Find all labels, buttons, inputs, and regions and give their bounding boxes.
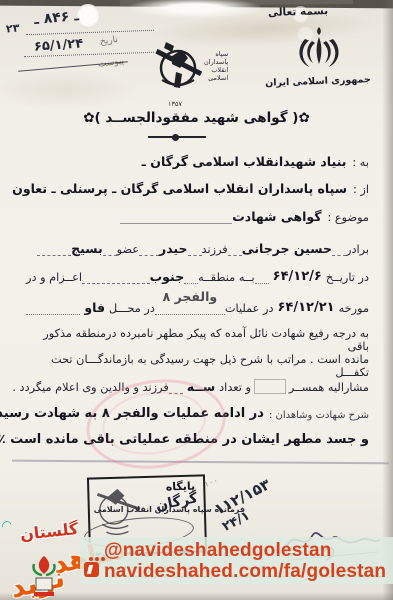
body-line-3: مورخه ۶۴/۱۲/۲۱ در عملیات والفجر ۸ در محـ… [26,300,369,315]
sepah-caption-2: پاسداران [204,58,228,66]
corner-date-value: ۶۵/۱/۲۴ [34,36,84,54]
l2b-text: بــه منطقــه [198,271,255,284]
title-flower-right: ✿ [298,110,309,126]
scan-right-edge [382,0,393,600]
footer-instagram-handle: @navideshahedgolestan [104,540,332,562]
membership-value: بسیج [71,241,103,256]
l7-label: شرح شهادت وشاهدان : [269,410,369,421]
subject-label: موضوع : [328,211,369,224]
l3c-text: در محـــل [109,302,155,315]
sepah-caption: سپاه پاسداران انقلاب اسلامی [204,50,228,82]
title-text: ( گواهی شهید مفقودالجســد ) [95,110,299,126]
son-label: فرزند [202,243,228,256]
document-title: ✿( گواهی شهید مفقودالجســد )✿ [0,110,393,126]
subject-underline [120,212,232,224]
watermark-golestan: گلستان [19,519,79,544]
corner-number-main: ـ ۸۴۶ ـ [33,8,79,28]
sepah-caption-4: اسلامی [204,74,228,82]
l6b-text: و تعداد [219,381,251,394]
corner-line-1 [26,30,154,35]
place-value: فاو [84,300,105,315]
subject-row: موضوع : گواهی شهادت [120,209,369,224]
watermark-swoosh-icon: ◠ [0,517,13,533]
from-label: از : [353,183,369,196]
paper-smudge-2 [0,70,140,110]
to-row: به : بنیاد شهیدانقلاب اسلامی گرگان ـ [26,154,369,169]
martyr-name: حسین جرجانی [242,241,332,256]
body-line-1: برادر حسین جرجانی فرزند حیدر عضو بسیج [26,241,369,256]
l6a-text: مشارالیه همســر [289,381,369,394]
l2c-text: اعــزام و در [26,271,82,284]
tulip-logo-icon [26,552,62,598]
spouse-blank-box [254,379,286,394]
dispatch-date: ۶۴/۱۲/۶ [273,269,322,284]
footer-logo-icon [84,562,99,577]
operation-name: والفجر ۸ [161,289,219,304]
body-line-2: در تاریــخ ۶۴/۱۲/۶ بــه منطقــه جنوب اعـ… [26,269,369,284]
father-name: حیدر [159,241,188,256]
footer-url: navideshahed.com/fa/golestan [104,561,386,583]
to-value: بنیاد شهیدانقلاب اسلامی گرگان ـ [142,154,347,169]
from-row: از : سپاه پاسداران انقلاب اسلامی گرگان ـ… [26,181,369,196]
l3b-text: در عملیات [225,302,274,315]
from-value: سپاه پاسداران انقلاب اسلامی گرگان ـ پرسن… [12,181,347,196]
body-line-4: به درجه رفیع شهادت نائل آمده که پیکر مطه… [26,327,369,353]
corner-number-side: ۲۳ [5,21,20,35]
brother-label: برادر [346,243,369,256]
separator-line [12,460,389,464]
sepah-year: ۱۳۵۷ [168,100,182,108]
title-ornament [148,136,206,138]
iran-emblem-icon [296,26,342,76]
pencil-note: ۱۰۰ [203,476,220,490]
title-flower-left: ✿ [83,110,94,126]
l2a-text: در تاریــخ [326,271,369,284]
to-label: به : [352,156,369,169]
besmele-text: بسمه تعالی [268,5,328,19]
sepah-caption-3: انقلاب [204,66,228,74]
republic-caption: جمهوری اسلامی ایران [258,74,378,89]
corner-date-label: تاریخ [99,35,118,47]
martyrdom-date: ۶۴/۱۲/۲۱ [278,300,335,315]
member-label: عضو [117,243,139,256]
region-value: جنوب [150,269,185,284]
punch-hole [76,4,100,28]
body-line-5: مانده است . مراتب با شرح ذیل جهت رسیدگی … [26,353,369,379]
l3a-text: مورخه [339,302,369,315]
subject-value: گواهی شهادت [232,209,321,224]
sepah-logo-icon [152,36,206,102]
sepah-caption-1: سپاه [204,50,228,58]
scanned-document: ۲۳ ـ ۸۴۶ ـ تاریخ ۶۵/۱/۲۴ پیوست بسمه تعال… [0,0,393,600]
